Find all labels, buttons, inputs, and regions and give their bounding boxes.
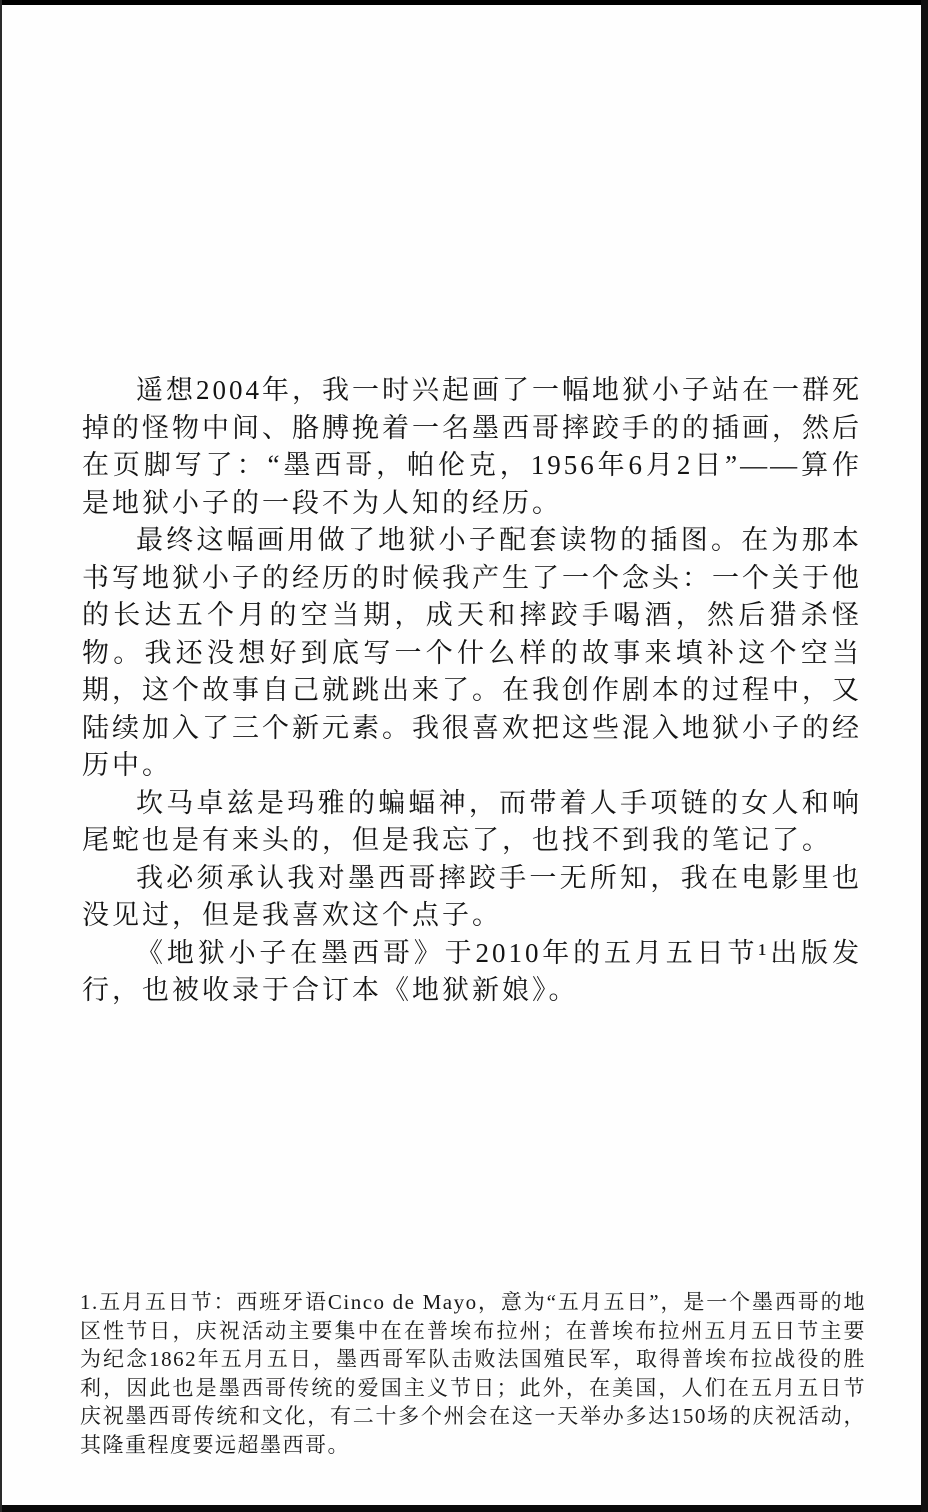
scan-border-left — [0, 0, 2, 1512]
paragraph-camazotz-bat-god: 坎马卓兹是玛雅的蝙蝠神，而带着人手项链的女人和响尾蛇也是有来头的，但是我忘了，也… — [82, 785, 862, 860]
paragraph-companion-book-idea: 最终这幅画用做了地狱小子配套读物的插图。在为那本书写地狱小子的经历的时候我产生了… — [82, 522, 862, 785]
scan-border-top — [0, 0, 928, 5]
scan-border-right — [921, 0, 928, 1512]
paragraph-luchador-confession: 我必须承认我对墨西哥摔跤手一无所知，我在电影里也没见过，但是我喜欢这个点子。 — [82, 860, 862, 935]
footnote-block: 1.五月五日节：西班牙语Cinco de Mayo，意为“五月五日”，是一个墨西… — [80, 1288, 866, 1459]
paragraph-publication-info: 《地狱小子在墨西哥》于2010年的五月五日节¹出版发行，也被收录于合订本《地狱新… — [82, 935, 862, 1010]
book-page-body: 遥想2004年，我一时兴起画了一幅地狱小子站在一群死掉的怪物中间、胳膊挽着一名墨… — [82, 372, 862, 1010]
footnote-cinco-de-mayo: 1.五月五日节：西班牙语Cinco de Mayo，意为“五月五日”，是一个墨西… — [80, 1288, 866, 1459]
scan-border-bottom — [0, 1505, 928, 1512]
paragraph-intro-2004-illustration: 遥想2004年，我一时兴起画了一幅地狱小子站在一群死掉的怪物中间、胳膊挽着一名墨… — [82, 372, 862, 522]
